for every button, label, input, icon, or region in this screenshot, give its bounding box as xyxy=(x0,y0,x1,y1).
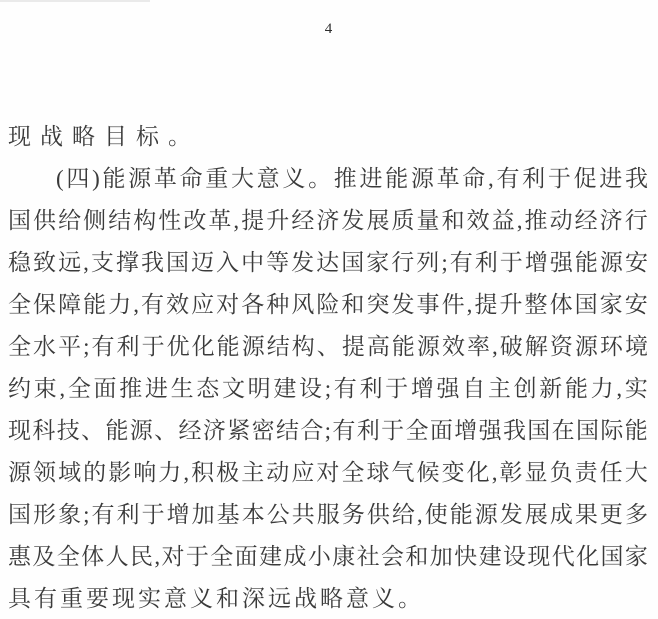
text-line: 现战略目标。 xyxy=(8,116,648,158)
text-line: 国形象;有利于增加基本公共服务供给,使能源发展成果更多 xyxy=(8,494,648,536)
document-page: 4 现战略目标。 (四)能源革命重大意义。推进能源革命,有利于促进我 国供给侧结… xyxy=(0,0,658,619)
document-body: 现战略目标。 (四)能源革命重大意义。推进能源革命,有利于促进我 国供给侧结构性… xyxy=(8,116,648,619)
text-line: 全保障能力,有效应对各种风险和突发事件,提升整体国家安 xyxy=(8,284,648,326)
page-number: 4 xyxy=(0,21,658,38)
text-line: 源领域的影响力,积极主动应对全球气候变化,彰显负责任大 xyxy=(8,452,648,494)
text-line: 约束,全面推进生态文明建设;有利于增强自主创新能力,实 xyxy=(8,368,648,410)
text-line: 全水平;有利于优化能源结构、提高能源效率,破解资源环境 xyxy=(8,326,648,368)
text-line-paragraph-start: (四)能源革命重大意义。推进能源革命,有利于促进我 xyxy=(8,158,648,200)
text-line-paragraph-end: 具有重要现实意义和深远战略意义。 xyxy=(8,578,648,619)
text-line: 国供给侧结构性改革,提升经济发展质量和效益,推动经济行 xyxy=(8,200,648,242)
text-line: 现科技、能源、经济紧密结合;有利于全面增强我国在国际能 xyxy=(8,410,648,452)
scan-artifact-line xyxy=(0,0,150,2)
text-line: 惠及全体人民,对于全面建成小康社会和加快建设现代化国家 xyxy=(8,536,648,578)
text-line: 稳致远,支撑我国迈入中等发达国家行列;有利于增强能源安 xyxy=(8,242,648,284)
